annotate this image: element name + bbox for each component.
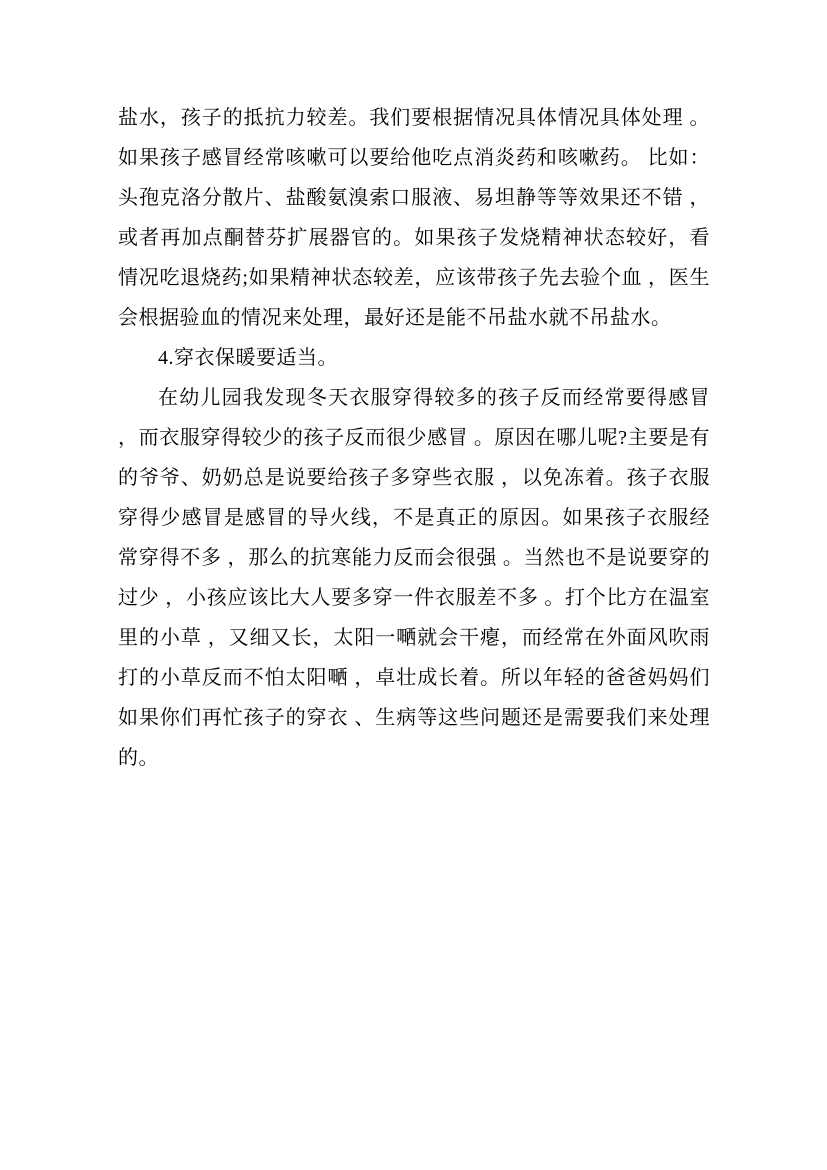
paragraph-dressing-advice: 在幼儿园我发现冬天衣服穿得较多的孩子反而经常要得感冒 ，而衣服穿得较少的孩子反而…	[118, 378, 710, 778]
document-text-block: 盐水，孩子的抵抗力较差。我们要根据情况具体情况具体处理 。如果孩子感冒经常咳嗽可…	[118, 98, 710, 778]
paragraph-heading-dressing-warmth: 4.穿衣保暖要适当。	[118, 338, 710, 378]
paragraph-cold-treatment-continuation: 盐水，孩子的抵抗力较差。我们要根据情况具体情况具体处理 。如果孩子感冒经常咳嗽可…	[118, 98, 710, 338]
document-page: 盐水，孩子的抵抗力较差。我们要根据情况具体情况具体处理 。如果孩子感冒经常咳嗽可…	[0, 0, 827, 1170]
